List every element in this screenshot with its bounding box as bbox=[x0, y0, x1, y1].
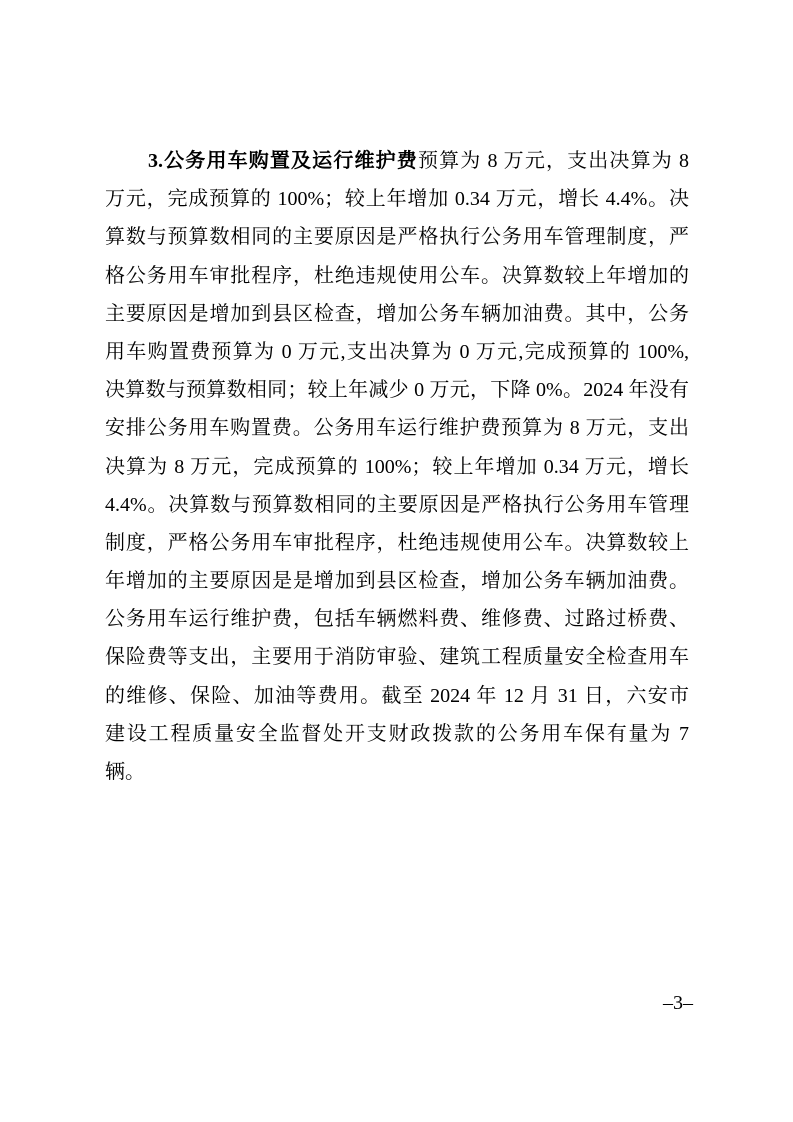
text-line: 决算为 8 万元，完成预算的 100%；较上年增加 0.34 万元，增长 bbox=[105, 448, 689, 486]
text-line: 制度，严格公务用车审批程序，杜绝违规使用公车。决算数较上 bbox=[105, 524, 689, 562]
text-line: 决算数与预算数相同；较上年减少 0 万元，下降 0%。2024 年没有 bbox=[105, 371, 689, 409]
text-line: 算数与预算数相同的主要原因是严格执行公务用车管理制度，严 bbox=[105, 218, 689, 256]
page-number: –3– bbox=[105, 991, 693, 1015]
text-line: 辆。 bbox=[105, 753, 689, 791]
text-line-first: 3.公务用车购置及运行维护费预算为 8 万元，支出决算为 8 bbox=[105, 142, 689, 180]
text-line: 公务用车运行维护费，包括车辆燃料费、维修费、过路过桥费、 bbox=[105, 600, 689, 638]
text-line: 建设工程质量安全监督处开支财政拨款的公务用车保有量为 7 bbox=[105, 715, 689, 753]
paragraph-line1-rest: 预算为 8 万元，支出决算为 8 bbox=[418, 150, 689, 172]
text-line: 保险费等支出，主要用于消防审验、建筑工程质量安全检查用车 bbox=[105, 638, 689, 676]
text-line: 用车购置费预算为 0 万元,支出决算为 0 万元,完成预算的 100%, bbox=[105, 333, 689, 371]
text-line: 年增加的主要原因是是增加到县区检查，增加公务车辆加油费。 bbox=[105, 562, 689, 600]
paragraph-bold-heading: 3.公务用车购置及运行维护费 bbox=[148, 150, 418, 172]
text-line: 万元，完成预算的 100%；较上年增加 0.34 万元，增长 4.4%。决 bbox=[105, 180, 689, 218]
text-line: 格公务用车审批程序，杜绝违规使用公车。决算数较上年增加的 bbox=[105, 257, 689, 295]
document-page: 3.公务用车购置及运行维护费预算为 8 万元，支出决算为 8 万元，完成预算的 … bbox=[0, 0, 793, 1122]
text-line: 主要原因是增加到县区检查，增加公务车辆加油费。其中，公务 bbox=[105, 295, 689, 333]
paragraph-vehicle-fees: 3.公务用车购置及运行维护费预算为 8 万元，支出决算为 8 万元，完成预算的 … bbox=[105, 142, 689, 791]
paragraph-lines: 万元，完成预算的 100%；较上年增加 0.34 万元，增长 4.4%。决算数与… bbox=[105, 180, 689, 791]
text-line: 的维修、保险、加油等费用。截至 2024 年 12 月 31 日，六安市 bbox=[105, 677, 689, 715]
text-line: 4.4%。决算数与预算数相同的主要原因是严格执行公务用车管理 bbox=[105, 486, 689, 524]
text-line: 安排公务用车购置费。公务用车运行维护费预算为 8 万元，支出 bbox=[105, 409, 689, 447]
